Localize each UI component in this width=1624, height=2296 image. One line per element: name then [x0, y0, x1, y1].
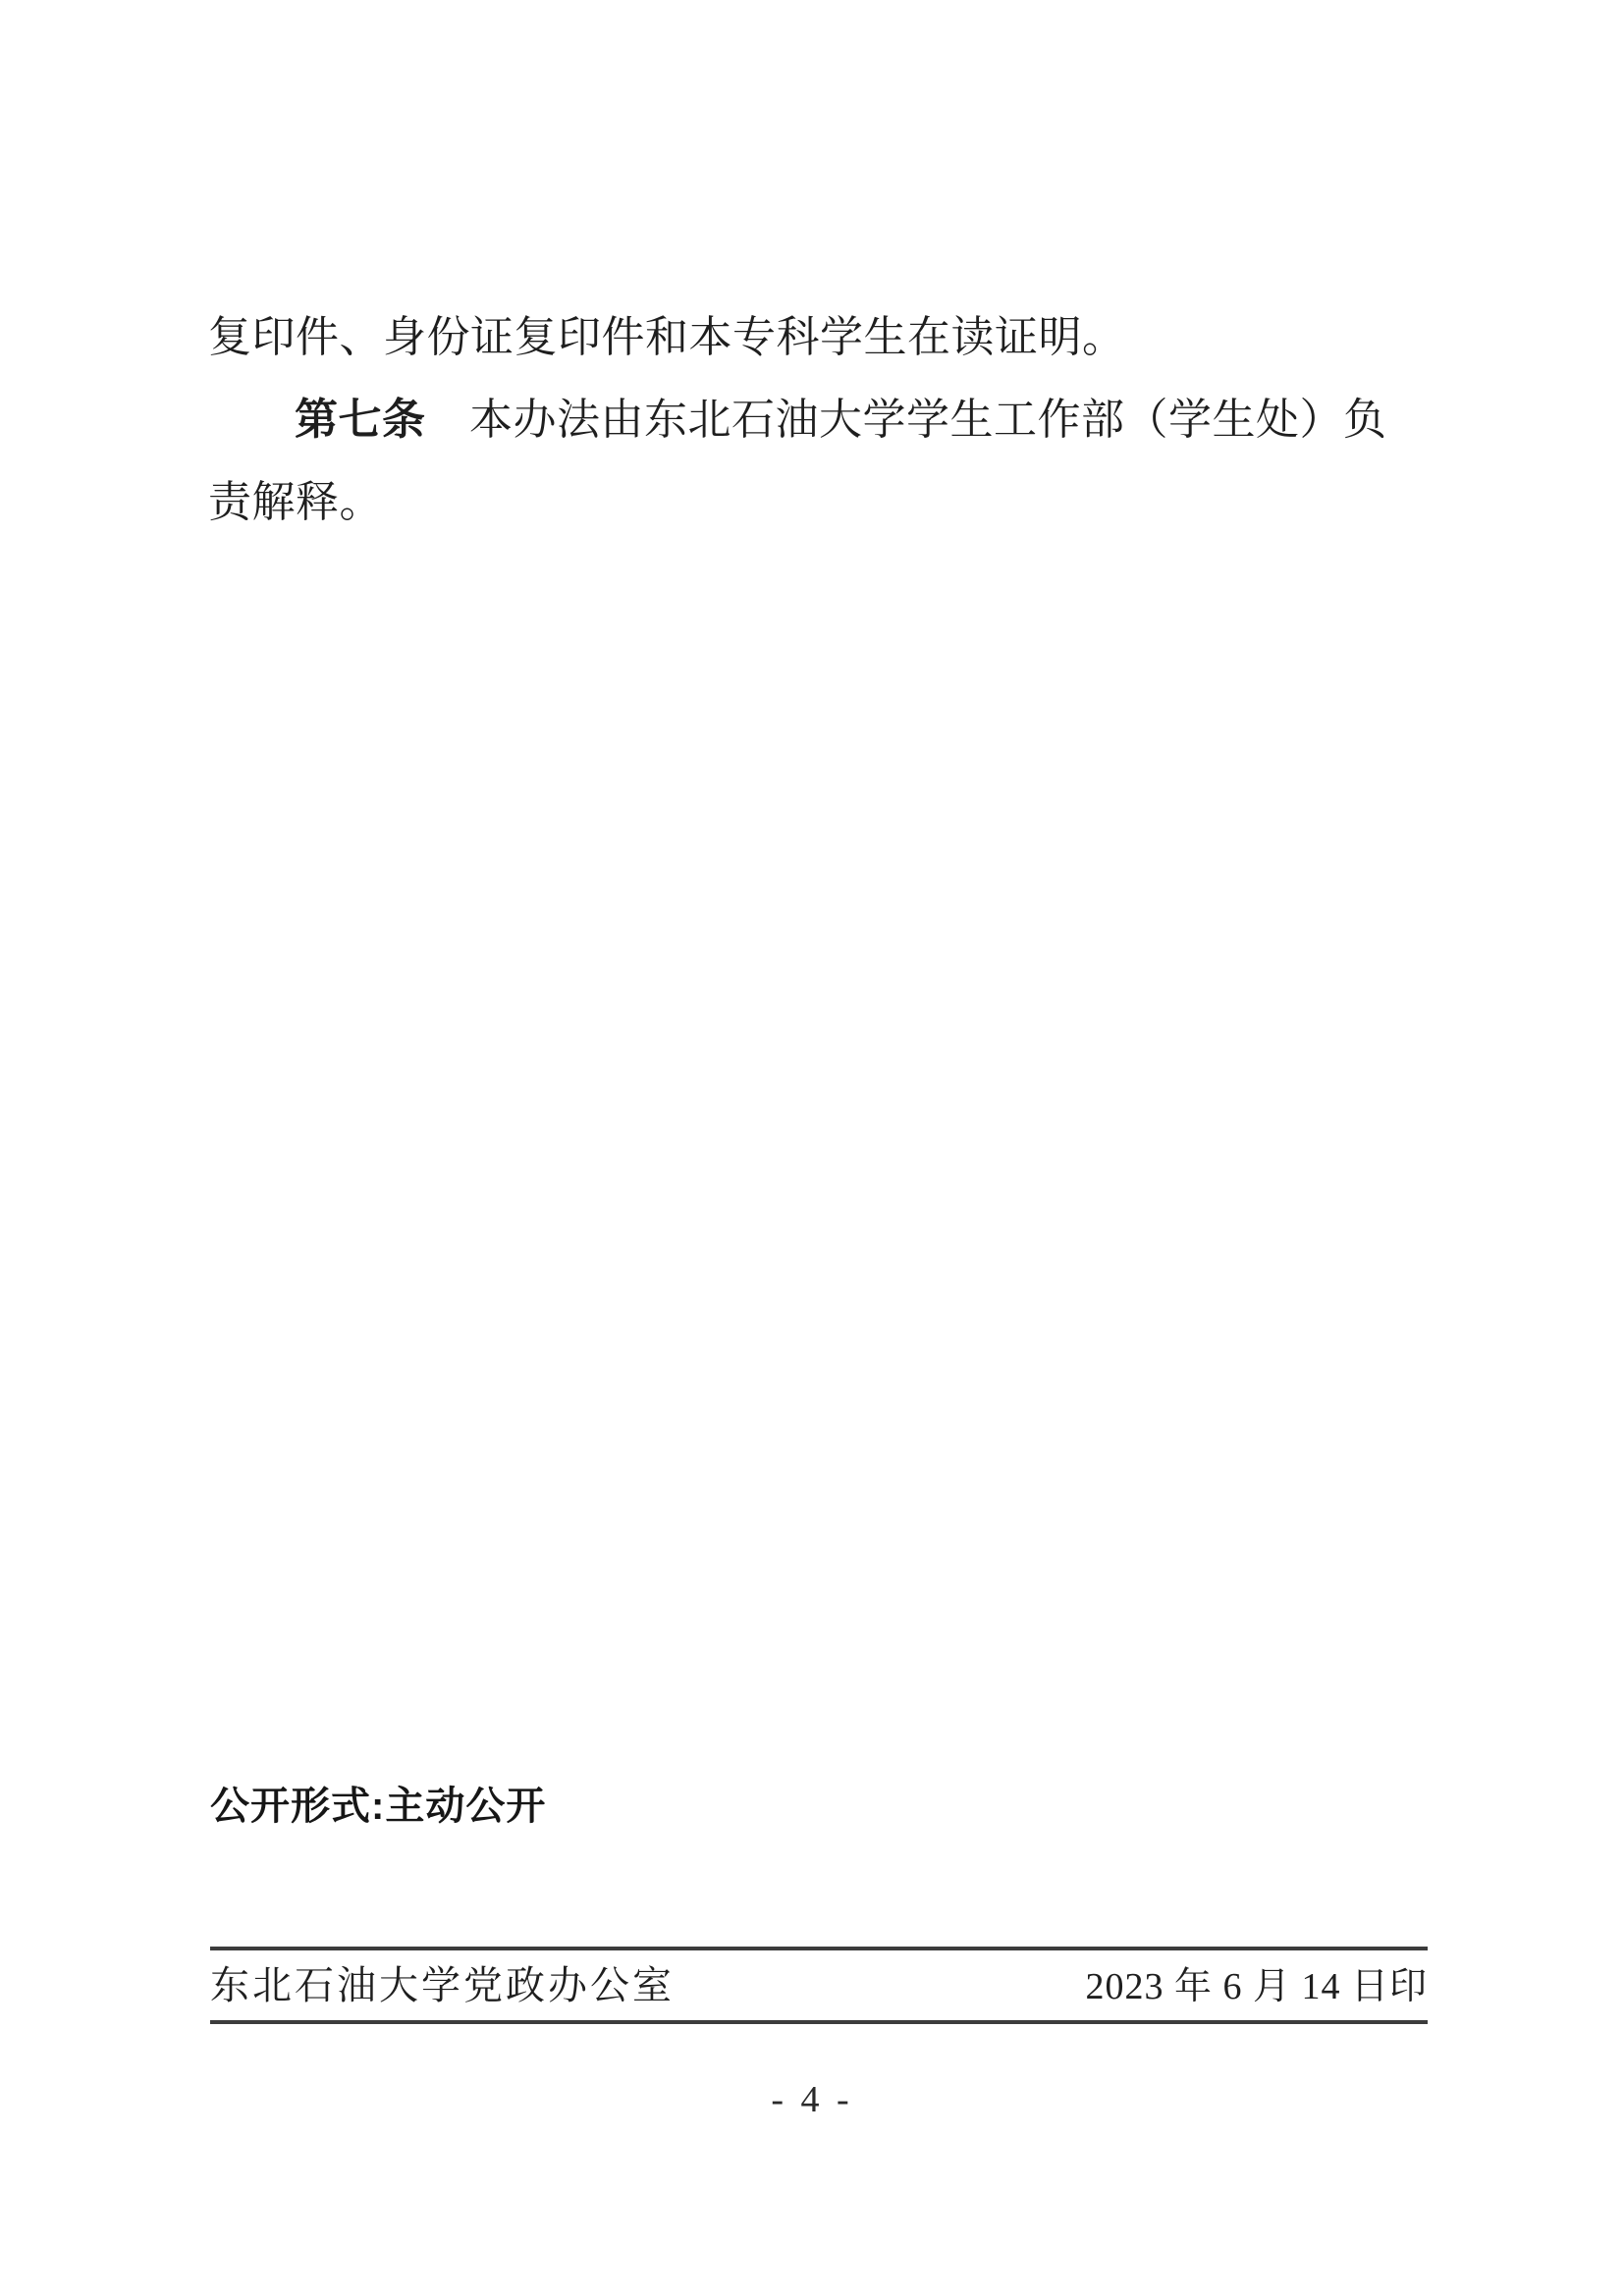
- imprint-row: 东北石油大学党政办公室 2023 年 6 月 14 日印: [210, 1964, 1428, 2008]
- document-page: 复印件、身份证复印件和本专科学生在读证明。 第七条 本办法由东北石油大学学生工作…: [0, 0, 1624, 2296]
- article-seven-heading: 第七条: [295, 396, 426, 444]
- imprint-issuer: 东北石油大学党政办公室: [210, 1964, 675, 2007]
- disclosure-method-line: 公开形式:主动公开: [210, 1785, 546, 1828]
- body-text: 复印件、身份证复印件和本专科学生在读证明。 第七条 本办法由东北石油大学学生工作…: [208, 296, 1430, 544]
- paragraph-continuation: 复印件、身份证复印件和本专科学生在读证明。: [208, 296, 1430, 379]
- imprint-bottom-rule: [210, 2020, 1428, 2024]
- page-number: - 4 -: [0, 2079, 1624, 2120]
- imprint-top-rule: [210, 1947, 1428, 1950]
- paragraph-article-seven: 第七条 本办法由东北石油大学学生工作部（学生处）负责解释。: [208, 379, 1430, 544]
- imprint-print-date: 2023 年 6 月 14 日印: [1085, 1965, 1428, 2008]
